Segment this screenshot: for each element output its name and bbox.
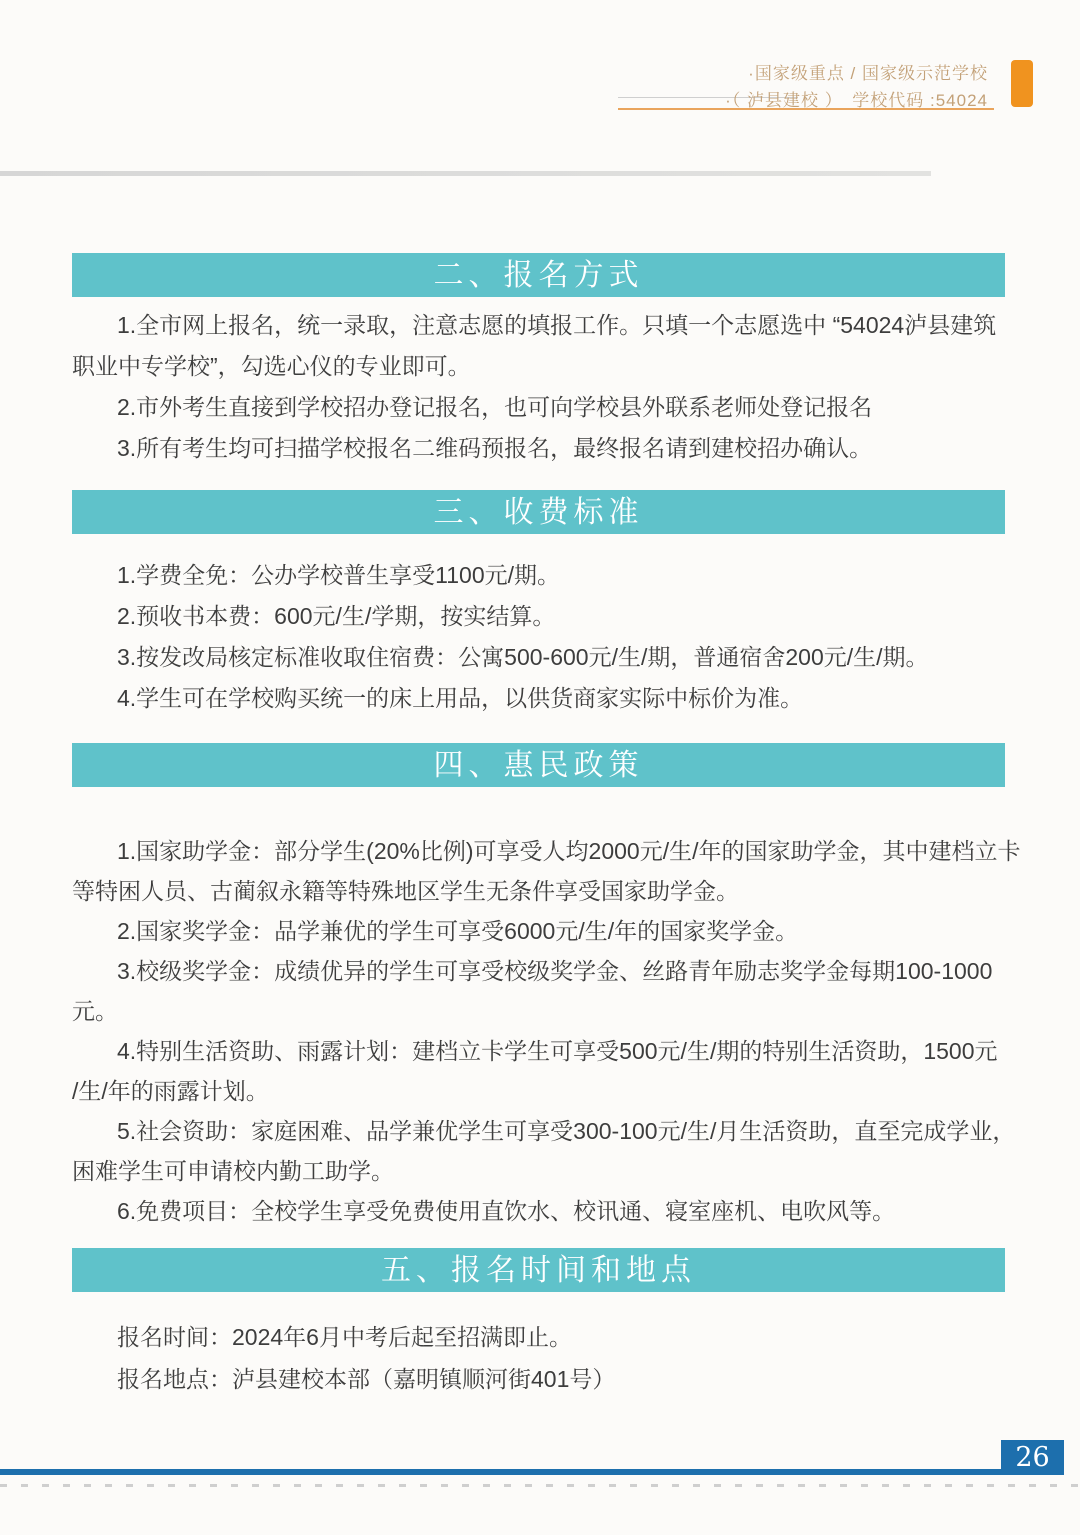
body-line: 报名地点：泸县建校本部（嘉明镇顺河街401号） bbox=[72, 1358, 1005, 1400]
section-text: 1.学费全免：公办学校普生享受1100元/期。 2.预收书本费：600元/生/学… bbox=[72, 555, 1005, 719]
body-line: 1.全市网上报名，统一录取，注意志愿的填报工作。只填一个志愿选中 “54024泸… bbox=[72, 305, 1005, 346]
page-header: ·国家级重点 / 国家级示范学校 ·（ 泸县建校 ） 学校代码 :54024 bbox=[725, 60, 988, 114]
section-fee-standards: 三、收费标准 1.学费全免：公办学校普生享受1100元/期。 2.预收书本费：6… bbox=[72, 490, 1005, 719]
footer-dotted-line bbox=[0, 1484, 1080, 1487]
section-text: 报名时间：2024年6月中考后起至招满即止。 报名地点：泸县建校本部（嘉明镇顺河… bbox=[72, 1316, 1005, 1400]
header-badge-line1: ·国家级重点 / 国家级示范学校 bbox=[725, 60, 988, 87]
body-line: 5.社会资助：家庭困难、品学兼优学生可享受300-100元/生/月生活资助，直至… bbox=[72, 1111, 1005, 1151]
body-line: 1.学费全免：公办学校普生享受1100元/期。 bbox=[72, 555, 1005, 596]
section-title-bar: 二、报名方式 bbox=[72, 253, 1005, 297]
body-line: 3.校级奖学金：成绩优异的学生可享受校级奖学金、丝路青年励志奖学金每期100-1… bbox=[72, 951, 1005, 991]
body-line: 2.市外考生直接到学校招办登记报名，也可向学校县外联系老师处登记报名 bbox=[72, 387, 1005, 428]
orange-corner-tab bbox=[1011, 60, 1033, 107]
header-badge-line2: ·（ 泸县建校 ） 学校代码 :54024 bbox=[725, 87, 988, 114]
section-text: 1.全市网上报名，统一录取，注意志愿的填报工作。只填一个志愿选中 “54024泸… bbox=[72, 305, 1005, 469]
top-divider-bar bbox=[0, 171, 931, 176]
body-line: 困难学生可申请校内勤工助学。 bbox=[72, 1151, 1005, 1191]
body-line: 元。 bbox=[72, 991, 1005, 1031]
body-line: 职业中专学校”，勾选心仪的专业即可。 bbox=[72, 346, 1005, 387]
body-line: /生/年的雨露计划。 bbox=[72, 1071, 1005, 1111]
body-line: 1.国家助学金：部分学生(20%比例)可享受人均2000元/生/年的国家助学金，… bbox=[72, 831, 1005, 871]
section-registration-time-place: 五、报名时间和地点 报名时间：2024年6月中考后起至招满即止。 报名地点：泸县… bbox=[72, 1248, 1005, 1400]
section-title: 二、报名方式 bbox=[434, 259, 644, 292]
body-line: 等特困人员、古蔺叙永籍等特殊地区学生无条件享受国家助学金。 bbox=[72, 871, 1005, 911]
section-benefit-policies: 四、惠民政策 1.国家助学金：部分学生(20%比例)可享受人均2000元/生/年… bbox=[72, 743, 1005, 1231]
body-line: 6.免费项目：全校学生享受免费使用直饮水、校讯通、寝室座机、电吹风等。 bbox=[72, 1191, 1005, 1231]
body-line: 2.国家奖学金：品学兼优的学生可享受6000元/生/年的国家奖学金。 bbox=[72, 911, 1005, 951]
section-text: 1.国家助学金：部分学生(20%比例)可享受人均2000元/生/年的国家助学金，… bbox=[72, 831, 1005, 1231]
section-registration-method: 二、报名方式 1.全市网上报名，统一录取，注意志愿的填报工作。只填一个志愿选中 … bbox=[72, 253, 1005, 469]
body-line: 3.按发改局核定标准收取住宿费：公寓500-600元/生/期，普通宿舍200元/… bbox=[72, 637, 1005, 678]
page-number: 26 bbox=[1015, 1442, 1049, 1473]
section-title: 五、报名时间和地点 bbox=[381, 1254, 696, 1287]
section-title-bar: 三、收费标准 bbox=[72, 490, 1005, 534]
document-body: 二、报名方式 1.全市网上报名，统一录取，注意志愿的填报工作。只填一个志愿选中 … bbox=[72, 253, 1005, 1400]
section-title: 三、收费标准 bbox=[434, 496, 644, 529]
section-title: 四、惠民政策 bbox=[434, 749, 644, 782]
body-line: 4.学生可在学校购买统一的床上用品，以供货商家实际中标价为准。 bbox=[72, 678, 1005, 719]
body-line: 2.预收书本费：600元/生/学期，按实结算。 bbox=[72, 596, 1005, 637]
footer-rule bbox=[0, 1469, 1002, 1475]
body-line: 3.所有考生均可扫描学校报名二维码预报名，最终报名请到建校招办确认。 bbox=[72, 428, 1005, 469]
section-title-bar: 四、惠民政策 bbox=[72, 743, 1005, 787]
body-line: 报名时间：2024年6月中考后起至招满即止。 bbox=[72, 1316, 1005, 1358]
body-line: 4.特别生活资助、雨露计划：建档立卡学生可享受500元/生/期的特别生活资助，1… bbox=[72, 1031, 1005, 1071]
section-title-bar: 五、报名时间和地点 bbox=[72, 1248, 1005, 1292]
page-number-badge: 26 bbox=[1001, 1440, 1064, 1475]
